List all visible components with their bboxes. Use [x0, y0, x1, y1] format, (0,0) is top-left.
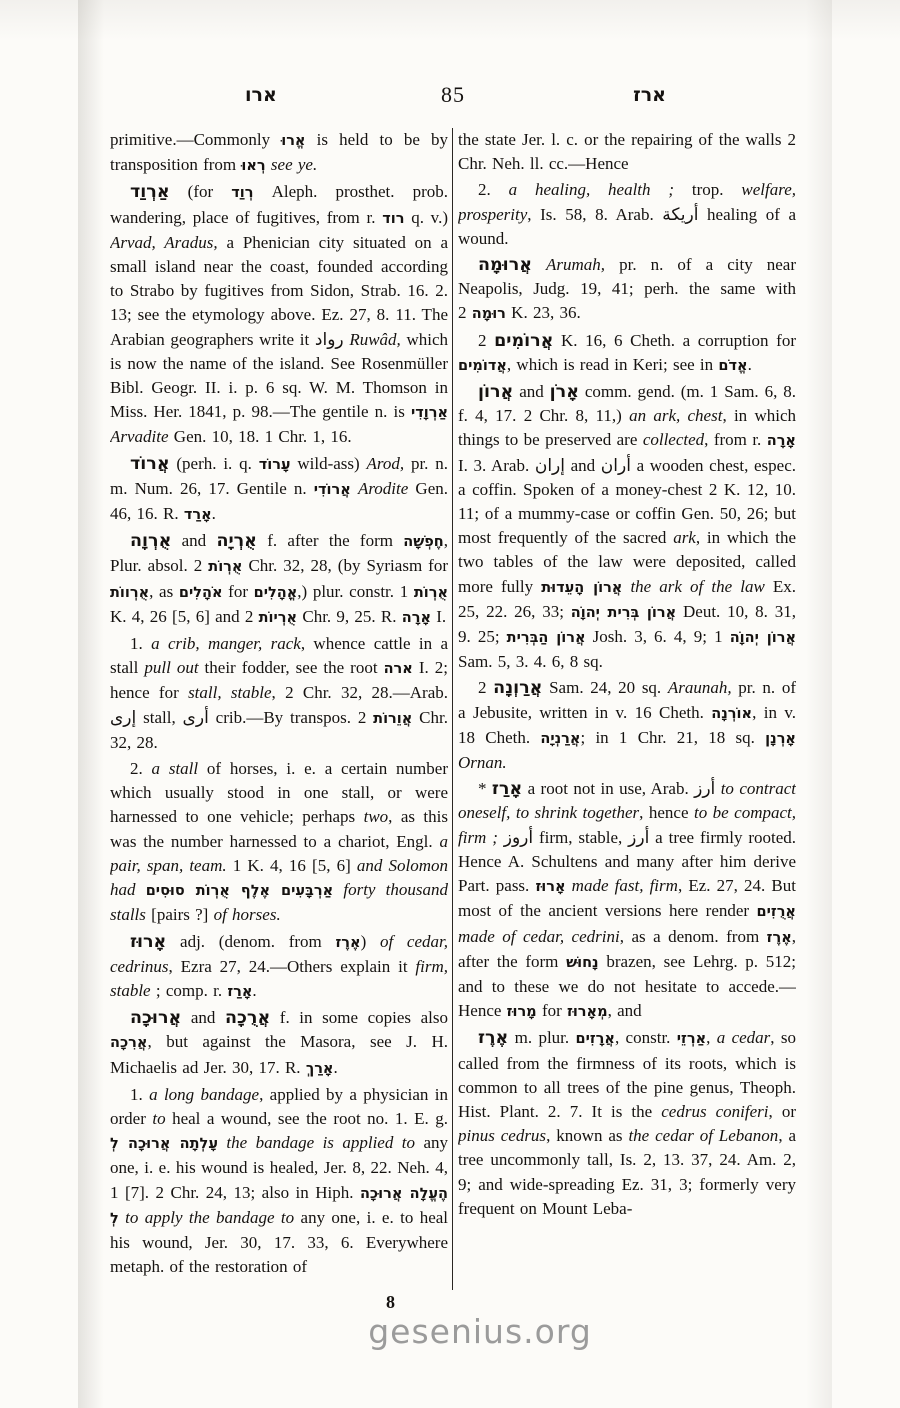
paragraph: אֲרוּמָה Arumah, pr. n. of a city near N…: [458, 253, 796, 327]
hebrew-text: נָחוּשׁ: [566, 955, 599, 971]
arabic-text: أريكة: [662, 205, 698, 225]
plain-text: ; in 1 Chr. 21, 18 sq.: [580, 728, 765, 747]
plain-text: 1 K. 4, 16 [5, 6]: [227, 856, 357, 875]
plain-text: , and: [608, 1001, 642, 1020]
scanned-lexicon-page: { "header": { "left_keyword": "ארו", "pa…: [0, 0, 900, 1408]
plain-text: and: [171, 531, 216, 550]
italic-text: Arodite: [358, 479, 408, 498]
plain-text: [136, 880, 146, 899]
hebrew-text: אֲרֻזִים: [757, 904, 796, 920]
plain-text: , as: [149, 582, 179, 601]
plain-text: I.: [431, 607, 446, 626]
italic-text: see ye.: [271, 155, 317, 174]
arabic-text: إران: [535, 456, 565, 476]
hebrew-text: רְוַד: [231, 185, 253, 201]
hebrew-text: אַרְזֵי: [677, 1031, 706, 1047]
plain-text: ): [361, 932, 380, 951]
hebrew-text: אוֹרְנָה: [711, 706, 752, 722]
italic-text: Arvadite: [110, 427, 169, 446]
plain-text: m. plur.: [508, 1028, 575, 1047]
plain-text: for: [223, 582, 254, 601]
italic-text: Arumah,: [546, 255, 605, 274]
paragraph: אֲרוֹמִים 2 K. 16, 6 Cheth. a corruption…: [458, 329, 796, 378]
paragraph: אֲרוֹן and אָרֹן comm. gend. (m. 1 Sam. …: [458, 380, 796, 674]
plain-text: , from r.: [704, 430, 767, 449]
paragraph: אַרְוַד (for רְוַד Aleph. prosthet. prob…: [110, 180, 448, 449]
hebrew-text: אֶרֶז: [335, 935, 360, 951]
page-body: primitive.—Commonly אֱרוּ is held to be …: [110, 128, 796, 1296]
hebrew-headword: אַרְוַד: [130, 182, 170, 202]
hebrew-text: אֳהָלִים: [254, 585, 298, 601]
running-head: ארו 85 ארז: [110, 82, 796, 114]
plain-text: wild-ass): [291, 454, 367, 473]
italic-text: to apply the bandage to: [125, 1208, 294, 1227]
hebrew-text: אֶרֶז: [767, 930, 792, 946]
hebrew-text: אָרַז: [227, 984, 252, 1000]
hebrew-text: אֲרוֹן יְהוָֹה: [730, 630, 796, 646]
plain-text: , or: [769, 1102, 796, 1121]
hebrew-text: מְאָרוּז: [567, 1004, 608, 1020]
running-head-right-keyword: ארז: [633, 84, 666, 106]
italic-text: Araunah,: [668, 678, 732, 697]
hebrew-text: אֻרְוֹת: [208, 559, 242, 575]
hebrew-text: מָרוּז: [507, 1004, 537, 1020]
hebrew-text: אֲרוֹן בְּרִית יְהוָֹה: [571, 605, 676, 621]
arabic-text: أران: [601, 456, 631, 476]
plain-text: .: [748, 355, 752, 374]
italic-text: an ark, chest: [629, 406, 722, 425]
italic-text: a cedar: [717, 1028, 771, 1047]
hebrew-text: רוּמָה: [472, 306, 506, 322]
plain-text: ,: [706, 1028, 717, 1047]
plain-text: I. 3. Arab.: [458, 456, 535, 475]
hebrew-headword: אֲרוֹמִים: [494, 331, 553, 351]
plain-text: stall,: [136, 708, 182, 727]
paragraph: primitive.—Commonly אֱרוּ is held to be …: [110, 128, 448, 178]
italic-text: pinus cedrus: [458, 1126, 546, 1145]
plain-text: [532, 255, 546, 274]
scan-edge-shading-right: [806, 0, 832, 1408]
plain-text: firm, stable,: [533, 828, 628, 847]
plain-text: (perh. i. q.: [170, 454, 259, 473]
italic-text: of horses.: [214, 905, 281, 924]
hebrew-text: חֶפְשָׁה: [403, 534, 443, 550]
plain-text: a root not in use, Arab.: [522, 779, 694, 798]
hebrew-text: אָרָה: [767, 433, 796, 449]
hebrew-headword: אֲרֻכָה: [225, 1008, 270, 1028]
arabic-text: إرى: [110, 708, 136, 728]
arabic-text: أروز: [504, 828, 533, 848]
plain-text: heal a wound, see the root no. 1. E. g.: [166, 1109, 448, 1128]
paragraph: * אָרַז a root not in use, Arab. أرز to …: [458, 777, 796, 1024]
hebrew-headword: אָרֹן: [550, 382, 579, 402]
hebrew-text: אֱרוּ: [281, 133, 305, 149]
plain-text: 1.: [130, 634, 151, 653]
plain-text: , known as: [546, 1126, 628, 1145]
hebrew-text: אֻרְוֹת: [414, 585, 448, 601]
italic-text: Ornan.: [458, 753, 507, 772]
italic-text: collected: [643, 430, 704, 449]
hebrew-headword: אֶרֶז: [478, 1028, 508, 1048]
plain-text: 2.: [130, 759, 152, 778]
hebrew-headword: אֲרוֹן: [478, 382, 513, 402]
hebrew-text: אֲרִכָה: [110, 1035, 147, 1051]
plain-text: Gen. 10, 18. 1 Chr. 1, 16.: [169, 427, 352, 446]
plain-text: the state Jer. l. c. or the repairing of…: [458, 130, 796, 173]
paragraph: 1. a crib, manger, rack, whence cattle i…: [110, 632, 448, 755]
italic-text: made of cedar, cedrini: [458, 927, 620, 946]
italic-text: cedrus coniferi: [661, 1102, 768, 1121]
plain-text: .: [333, 1058, 337, 1077]
paragraph: אֶרֶז m. plur. אֲרָזִים, constr. אַרְזֵי…: [458, 1026, 796, 1221]
plain-text: q. v.): [404, 208, 448, 227]
arabic-text: أرز: [694, 779, 715, 799]
hebrew-text: אֻרְווֹת: [110, 585, 149, 601]
italic-text: two: [364, 807, 389, 826]
hebrew-text: עָרוֹד: [259, 457, 291, 473]
hebrew-headword: אֲרוּמָה: [478, 255, 532, 275]
italic-text: Arod,: [367, 454, 405, 473]
plain-text: f. in some copies also: [270, 1008, 448, 1027]
hebrew-text: אָרַךְ: [306, 1061, 334, 1077]
italic-text: the bandage is applied to: [226, 1133, 415, 1152]
column-divider-rule: [452, 128, 453, 1290]
paragraph: 1. a long bandage, applied by a physicia…: [110, 1083, 448, 1280]
italic-text: to: [152, 1109, 165, 1128]
plain-text: their fodder, see the root: [199, 658, 384, 677]
hebrew-headword: אָרוּז: [130, 932, 166, 952]
plain-text: (for: [170, 182, 232, 201]
hebrew-text: אֻרְיוֹת: [259, 610, 297, 626]
plain-text: ; comp. r.: [151, 981, 228, 1000]
paragraph: 2. a healing, health ; trop. welfare, pr…: [458, 178, 796, 251]
hebrew-headword: אֲרוֹד: [130, 454, 170, 474]
plain-text: [333, 880, 343, 899]
plain-text: primitive.—Commonly: [110, 130, 281, 149]
hebrew-text: רְאוּ: [241, 158, 265, 174]
plain-text: 1.: [130, 1085, 149, 1104]
plain-text: , hence: [639, 803, 694, 822]
hebrew-text: אֹהָלִים: [179, 585, 223, 601]
paragraph: 2. a stall of horses, i. e. a certain nu…: [110, 757, 448, 927]
paragraph: אֲרַוְנָה 2 Sam. 24, 20 sq. Araunah, pr.…: [458, 676, 796, 775]
plain-text: trop.: [674, 180, 741, 199]
hebrew-text: אֲרוֹן הָעֵדוּת: [541, 580, 622, 596]
plain-text: f. after the form: [257, 531, 403, 550]
watermark-text: gesenius.org: [368, 1312, 592, 1351]
italic-text: the cedar of Lebanon: [628, 1126, 778, 1145]
arabic-text: أرى: [183, 708, 209, 728]
italic-text: a healing, health ;: [509, 180, 674, 199]
hebrew-text: אַרְבָּעִים אֶלֶף אֻרְוֹת סוּסִים: [146, 883, 333, 899]
plain-text: *: [478, 779, 492, 798]
hebrew-text: ארה: [384, 661, 413, 677]
plain-text: 2.: [478, 180, 509, 199]
italic-text: Arvad, Aradus,: [110, 233, 218, 252]
plain-text: ,) plur. constr.: [297, 582, 399, 601]
hebrew-headword: אֲרוּכָה: [130, 1008, 181, 1028]
plain-text: and: [565, 456, 601, 475]
plain-text: , Is. 58, 8. Arab.: [527, 205, 662, 224]
scan-edge-shading-left: [78, 0, 104, 1408]
plain-text: and: [181, 1008, 225, 1027]
hebrew-text: עָלְתָה אֲרוּכָה לְ: [110, 1136, 218, 1152]
plain-text: adj. (denom. from: [166, 932, 335, 951]
paragraph: אֲרוּכָה and אֲרֻכָה f. in some copies a…: [110, 1006, 448, 1081]
plain-text: crib.—By transpos.: [209, 708, 358, 727]
plain-text: , Ezra 27, 24.—Others explain it: [169, 957, 416, 976]
italic-text: pull out: [144, 658, 198, 677]
paragraph: the state Jer. l. c. or the repairing of…: [458, 128, 796, 176]
paragraph: אָרוּז adj. (denom. from אֶרֶז) of cedar…: [110, 930, 448, 1005]
plain-text: for: [537, 1001, 567, 1020]
hebrew-text: אֲרַנְיָה: [540, 731, 580, 747]
hebrew-text: אֲרוֹדִי: [314, 482, 351, 498]
right-column: the state Jer. l. c. or the repairing of…: [458, 128, 796, 1296]
hebrew-text: אֱדֹם: [718, 358, 747, 374]
hebrew-headword: אֲרַוְנָה: [493, 678, 542, 698]
arabic-text: أرز: [628, 828, 649, 848]
plain-text: .: [212, 504, 216, 523]
italic-text: the ark of the law: [630, 577, 764, 596]
italic-text: Ruwâd,: [349, 330, 400, 349]
plain-text: , as a denom. from: [620, 927, 767, 946]
hebrew-text: אָרוּז: [535, 879, 565, 895]
hebrew-headword: אֻרְיָה: [216, 531, 256, 551]
hebrew-text: אֲרוֹן הַבְּרִית: [507, 630, 586, 646]
hebrew-text: אֲוֵרוֹת: [373, 711, 412, 727]
italic-text: ark: [673, 528, 696, 547]
signature-mark: 8: [386, 1292, 395, 1313]
hebrew-headword: אָרַז: [492, 779, 522, 799]
plain-text: , 2 Chr. 32, 28.—Arab.: [272, 683, 448, 702]
plain-text: , but against the Masora, see J. H. Mich…: [110, 1032, 448, 1076]
italic-text: a stall: [152, 759, 199, 778]
hebrew-text: אֲרָזִים: [576, 1031, 615, 1047]
hebrew-text: אָרַד: [184, 507, 212, 523]
paragraph: אֻרְוָה and אֻרְיָה f. after the form חֶ…: [110, 529, 448, 630]
arabic-text: رواد: [315, 330, 344, 350]
plain-text: [351, 479, 358, 498]
hebrew-text: אָרְנָן: [765, 731, 796, 747]
hebrew-text: אֲדוֹמִים: [458, 358, 507, 374]
plain-text: and: [513, 382, 549, 401]
page-number: 85: [110, 82, 796, 108]
scan-edge-shading-top: [0, 0, 900, 40]
plain-text: , constr.: [615, 1028, 677, 1047]
italic-text: a crib, manger, rack: [151, 634, 301, 653]
plain-text: [pairs ?]: [146, 905, 214, 924]
italic-text: made fast, firm: [572, 876, 678, 895]
hebrew-text: רוד: [382, 211, 404, 227]
left-column: primitive.—Commonly אֱרוּ is held to be …: [110, 128, 448, 1296]
italic-text: stall, stable: [188, 683, 271, 702]
hebrew-text: אָרָה: [402, 610, 431, 626]
hebrew-headword: אֻרְוָה: [130, 531, 171, 551]
italic-text: a long bandage: [149, 1085, 259, 1104]
plain-text: .: [252, 981, 256, 1000]
plain-text: , which is read in Keri; see in: [507, 355, 718, 374]
paragraph: אֲרוֹד (perh. i. q. עָרוֹד wild-ass) Aro…: [110, 452, 448, 528]
hebrew-text: אַרְוָדִי: [411, 405, 448, 421]
plain-text: Josh. 3, 6. 4, 9;: [586, 627, 715, 646]
